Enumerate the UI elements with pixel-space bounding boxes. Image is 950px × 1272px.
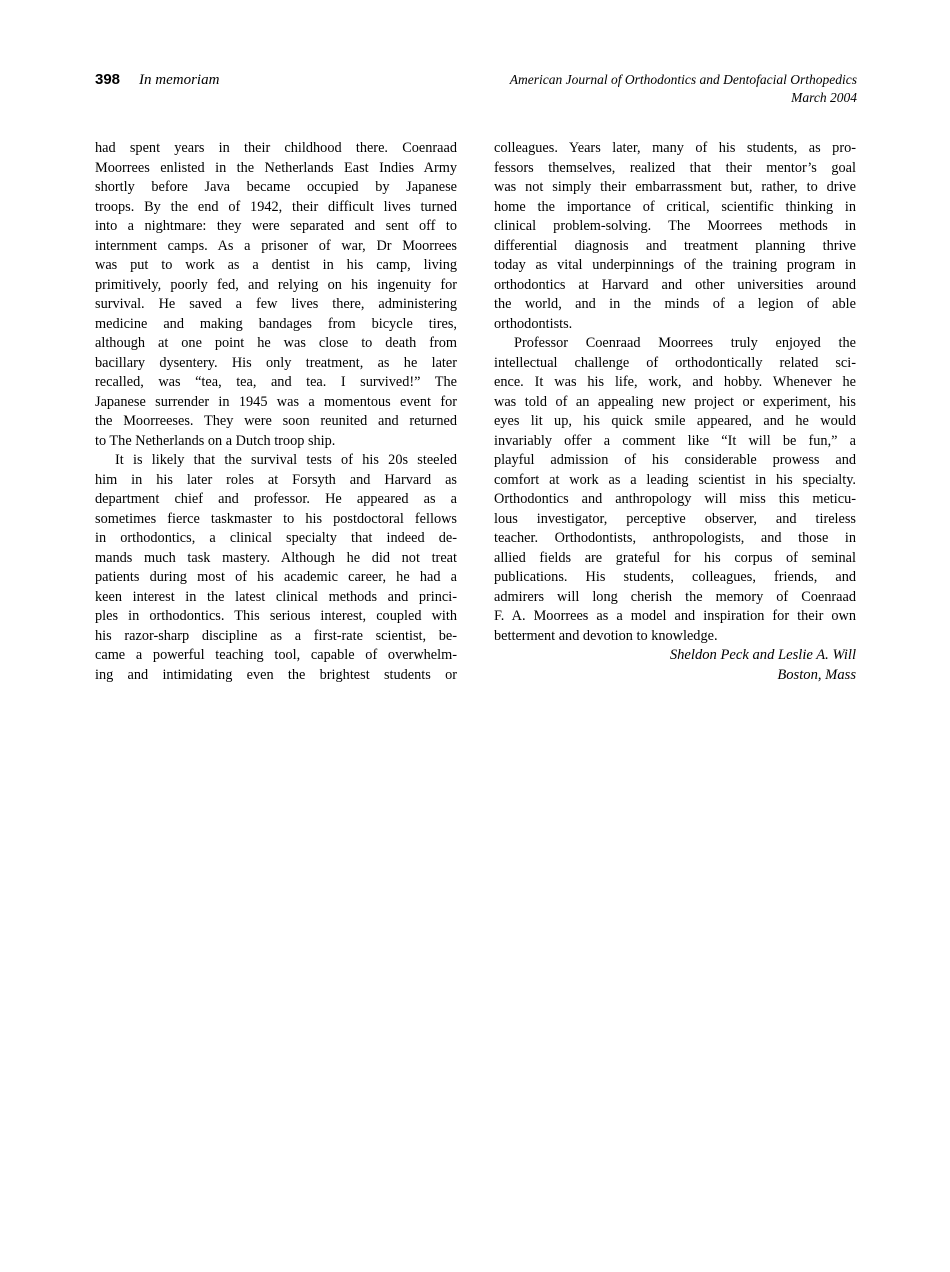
signature-line: Boston, Mass (494, 666, 856, 686)
signature-line: Sheldon Peck and Leslie A. Will (494, 646, 856, 666)
paragraph: had spent years in their childhood there… (95, 139, 457, 451)
text-line: today as vital underpinnings of the trai… (494, 256, 856, 276)
text-line: invariably offer a comment like “It will… (494, 432, 856, 452)
text-line: his razor-sharp discipline as a first-ra… (95, 627, 457, 647)
text-line: survival. He saved a few lives there, ad… (95, 295, 457, 315)
text-line: differential diagnosis and treatment pla… (494, 237, 856, 257)
text-line: eyes lit up, his quick smile appeared, a… (494, 412, 856, 432)
text-line: admirers will long cherish the memory of… (494, 588, 856, 608)
text-line: was not simply their embarrassment but, … (494, 178, 856, 198)
text-line: bacillary dysentery. His only treatment,… (95, 354, 457, 374)
text-line: internment camps. As a prisoner of war, … (95, 237, 457, 257)
text-line: Moorrees enlisted in the Netherlands Eas… (95, 159, 457, 179)
signature: Sheldon Peck and Leslie A. WillBoston, M… (494, 646, 856, 685)
running-head-right: American Journal of Orthodontics and Den… (510, 71, 857, 106)
text-line: had spent years in their childhood there… (95, 139, 457, 159)
paragraph: Professor Coenraad Moorrees truly enjoye… (494, 334, 856, 646)
text-line: sometimes fierce taskmaster to his postd… (95, 510, 457, 530)
article-body: had spent years in their childhood there… (95, 139, 856, 685)
text-line: medicine and making bandages from bicycl… (95, 315, 457, 335)
text-line: primitively, poorly fed, and relying on … (95, 276, 457, 296)
page-header: 398 In memoriam American Journal of Orth… (95, 71, 857, 106)
text-line: Orthodontics and anthropology will miss … (494, 490, 856, 510)
text-line: the Moorreeses. They were soon reunited … (95, 412, 457, 432)
text-line: orthodontics at Harvard and other univer… (494, 276, 856, 296)
text-line: patients during most of his academic car… (95, 568, 457, 588)
text-line: colleagues. Years later, many of his stu… (494, 139, 856, 159)
text-line: shortly before Java became occupied by J… (95, 178, 457, 198)
text-line: lous investigator, perceptive observer, … (494, 510, 856, 530)
text-line: troops. By the end of 1942, their diffic… (95, 198, 457, 218)
text-line: playful admission of his considerable pr… (494, 451, 856, 471)
text-line: ing and intimidating even the brightest … (95, 666, 457, 686)
text-line: although at one point he was close to de… (95, 334, 457, 354)
paragraph: colleagues. Years later, many of his stu… (494, 139, 856, 334)
journal-page: 398 In memoriam American Journal of Orth… (0, 0, 950, 1272)
section-title: In memoriam (139, 72, 219, 88)
text-line: comfort at work as a leading scientist i… (494, 471, 856, 491)
text-line: was put to work as a dentist in his camp… (95, 256, 457, 276)
text-line: teacher. Orthodontists, anthropologists,… (494, 529, 856, 549)
text-line: into a nightmare: they were separated an… (95, 217, 457, 237)
text-line: department chief and professor. He appea… (95, 490, 457, 510)
paragraph: It is likely that the survival tests of … (95, 451, 457, 685)
text-line: mands much task mastery. Although he did… (95, 549, 457, 569)
text-line: recalled, was “tea, tea, and tea. I surv… (95, 373, 457, 393)
text-line: keen interest in the latest clinical met… (95, 588, 457, 608)
text-line: him in his later roles at Forsyth and Ha… (95, 471, 457, 491)
text-line: F. A. Moorrees as a model and inspiratio… (494, 607, 856, 627)
page-number: 398 (95, 71, 120, 88)
text-line: to The Netherlands on a Dutch troop ship… (95, 432, 457, 452)
text-line: betterment and devotion to knowledge. (494, 627, 856, 647)
text-line: fessors themselves, realized that their … (494, 159, 856, 179)
text-line: came a powerful teaching tool, capable o… (95, 646, 457, 666)
right-column: colleagues. Years later, many of his stu… (494, 139, 856, 685)
text-line: allied fields are grateful for his corpu… (494, 549, 856, 569)
text-line: Professor Coenraad Moorrees truly enjoye… (494, 334, 856, 354)
left-column: had spent years in their childhood there… (95, 139, 457, 685)
issue-date: March 2004 (510, 89, 857, 107)
text-line: intellectual challenge of orthodonticall… (494, 354, 856, 374)
text-line: the world, and in the minds of a legion … (494, 295, 856, 315)
text-line: ence. It was his life, work, and hobby. … (494, 373, 856, 393)
text-line: ples in orthodontics. This serious inter… (95, 607, 457, 627)
text-line: Japanese surrender in 1945 was a momento… (95, 393, 457, 413)
text-line: publications. His students, colleagues, … (494, 568, 856, 588)
running-head-left: 398 In memoriam (95, 71, 219, 89)
text-line: It is likely that the survival tests of … (95, 451, 457, 471)
text-line: clinical problem-solving. The Moorrees m… (494, 217, 856, 237)
journal-title: American Journal of Orthodontics and Den… (510, 71, 857, 89)
text-line: was told of an appealing new project or … (494, 393, 856, 413)
text-line: in orthodontics, a clinical specialty th… (95, 529, 457, 549)
text-line: home the importance of critical, scienti… (494, 198, 856, 218)
text-line: orthodontists. (494, 315, 856, 335)
